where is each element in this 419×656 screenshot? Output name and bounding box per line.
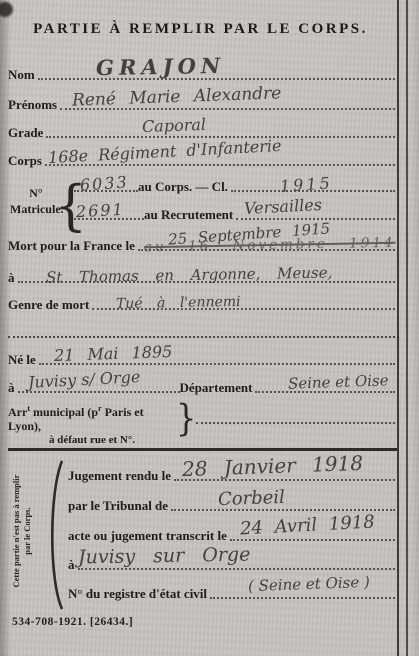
field-registre-label: N° du registre d'état civil [68, 587, 210, 601]
field-nom-value: GRAJON [96, 55, 225, 78]
field-naissance-date-value: 21 Mai 1895 [54, 344, 173, 364]
field-registre-value: ( Seine et Oise ) [248, 575, 370, 594]
field-prenoms-label: Prénoms [8, 98, 60, 112]
field-genre-mort-value: Tué à l'ennemi [116, 295, 241, 311]
matricule-line1-label: au Corps. — Cl. [138, 180, 231, 194]
field-jugement-rendu-value: 28 Janvier 1918 [182, 453, 364, 479]
form-title: PARTIE À REMPLIR PAR LE CORPS. [0, 21, 401, 38]
field-naissance-date-label: Né le [8, 353, 39, 367]
field-departement-value: Seine et Oise [288, 373, 389, 392]
field-jugement-lieu-value: Juvisy sur Orge [78, 545, 251, 567]
matricule-line2-label: au Recrutement [144, 208, 236, 222]
page-fold-edge [397, 0, 408, 656]
field-jugement-lieu-label: à [68, 558, 78, 572]
field-nom-label: Nom [8, 68, 38, 82]
dotted-line [46, 135, 395, 138]
scan-artifact-blob [0, 2, 13, 17]
dotted-line [196, 421, 395, 424]
matricule-corps-value: 6033 [80, 174, 130, 193]
field-grade-label: Grade [8, 126, 46, 140]
field-corps-label: Corps [8, 154, 45, 168]
field-arrondissement-line [196, 406, 395, 426]
side-note-vertical: Cette partie n'est pas à remplir par le … [11, 469, 33, 593]
section-separator-dotted [8, 336, 399, 338]
field-transcrit-label: acte ou jugement transcrit le [68, 529, 230, 543]
arrondissement-brace: } [176, 400, 196, 437]
matricule-recrutement-value: 2691 [76, 202, 125, 221]
field-mort-date-label: Mort pour la France le [8, 239, 138, 253]
matricule-classe-value: 1915 [280, 175, 334, 195]
field-mort-lieu-label: à [8, 271, 18, 285]
field-genre-mort-label: Genre de mort [8, 298, 92, 312]
dotted-line [171, 508, 395, 511]
form-reference-number: 534-708-1921. [26434.] [12, 616, 133, 628]
dotted-line [210, 596, 395, 599]
field-departement-label: Département [180, 381, 256, 395]
field-naissance-lieu-label: à [8, 381, 18, 395]
section-separator-solid [8, 448, 397, 451]
jugement-group-paren [46, 458, 66, 613]
field-grade-value: Caporal [142, 117, 206, 135]
matricule-recrutement-place: Versailles [244, 197, 323, 217]
field-arrondissement-label: Arrt municipal (pr Paris et Lyon), à déf… [8, 404, 176, 446]
field-tribunal-value: Corbeil [218, 489, 285, 509]
field-tribunal-label: par le Tribunal de [68, 499, 171, 513]
field-jugement-rendu-label: Jugement rendu le [68, 469, 174, 483]
scanned-military-death-record: PARTIE À REMPLIR PAR LE CORPS. Nom GRAJO… [0, 0, 419, 656]
